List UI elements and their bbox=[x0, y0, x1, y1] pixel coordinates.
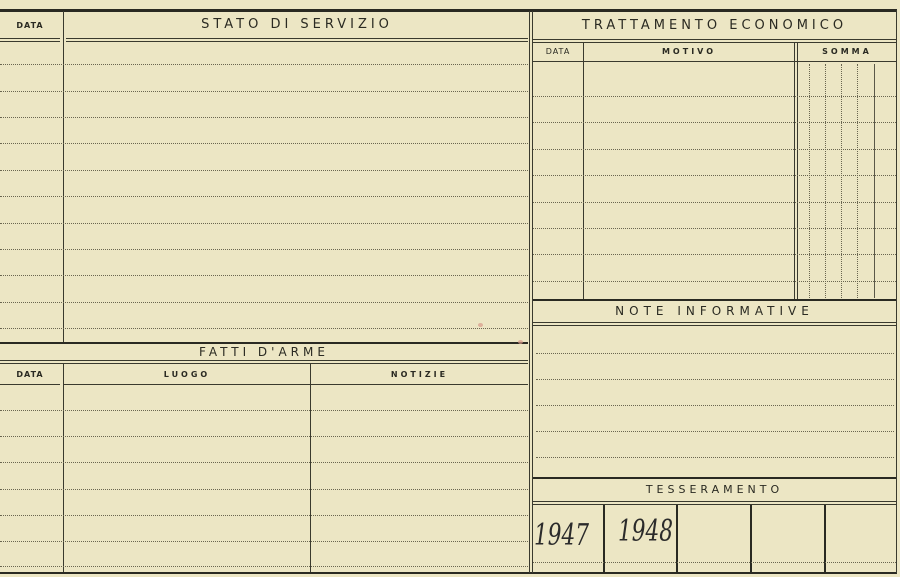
te-data-divider bbox=[583, 43, 584, 299]
somma-subcolumn bbox=[857, 64, 858, 298]
somma-subcolumn bbox=[825, 64, 826, 298]
te-subheader-line bbox=[533, 61, 896, 62]
service-record-card: DATA STATO DI SERVIZIO FATTI D'ARME bbox=[0, 0, 900, 577]
te-header-line bbox=[533, 42, 896, 43]
somma-subcolumn bbox=[841, 64, 842, 298]
tesseramento-title: TESSERAMENTO bbox=[533, 483, 896, 496]
fatti-top-line bbox=[0, 342, 528, 344]
fatti-column-luogo: LUOGO bbox=[64, 370, 310, 379]
fatti-subheader-line bbox=[64, 384, 528, 385]
top-border bbox=[0, 9, 897, 12]
tess-cell-empty[interactable] bbox=[827, 506, 895, 570]
te-column-data: DATA bbox=[533, 47, 583, 56]
bottom-border bbox=[0, 572, 897, 574]
note-header-line bbox=[533, 322, 896, 323]
stato-header-line bbox=[0, 41, 60, 42]
somma-decimal-divider bbox=[874, 64, 875, 298]
tess-header-line bbox=[533, 504, 896, 505]
stato-header-line bbox=[66, 41, 528, 42]
te-header-line bbox=[533, 39, 896, 40]
te-column-motivo: MOTIVO bbox=[584, 47, 794, 56]
right-border bbox=[896, 10, 897, 573]
note-header-line bbox=[533, 325, 896, 326]
somma-subcolumn bbox=[809, 64, 810, 298]
note-top-line bbox=[533, 299, 896, 301]
tess-cell-empty[interactable] bbox=[753, 506, 823, 570]
te-column-somma: SOMMA bbox=[798, 47, 896, 56]
tess-cell-1947[interactable]: 1947 bbox=[534, 518, 589, 553]
stato-column-data: DATA bbox=[0, 21, 60, 30]
stato-di-servizio-title: STATO DI SERVIZIO bbox=[64, 17, 530, 32]
tess-header-line bbox=[533, 501, 896, 502]
trattamento-economico-title: TRATTAMENTO ECONOMICO bbox=[533, 18, 896, 33]
center-divider bbox=[529, 11, 530, 573]
fatti-header-line bbox=[0, 363, 528, 364]
tess-cell-1948[interactable]: 1948 bbox=[618, 514, 673, 549]
fatti-header-line bbox=[0, 360, 528, 361]
paper-stain bbox=[478, 323, 483, 327]
stato-header-line bbox=[0, 38, 60, 39]
tess-cell-empty[interactable] bbox=[679, 506, 749, 570]
note-informative-title: NOTE INFORMATIVE bbox=[533, 304, 896, 318]
fatti-d-arme-title: FATTI D'ARME bbox=[0, 345, 528, 359]
stato-header-line bbox=[66, 38, 528, 39]
stato-data-divider bbox=[63, 11, 64, 343]
fatti-subheader-line bbox=[0, 384, 60, 385]
fatti-column-data: DATA bbox=[0, 370, 60, 379]
fatti-column-notizie: NOTIZIE bbox=[311, 370, 528, 379]
tess-top-line bbox=[533, 477, 896, 479]
te-motivo-divider bbox=[794, 43, 795, 299]
te-motivo-divider bbox=[797, 43, 798, 299]
paper-stain bbox=[518, 340, 523, 344]
